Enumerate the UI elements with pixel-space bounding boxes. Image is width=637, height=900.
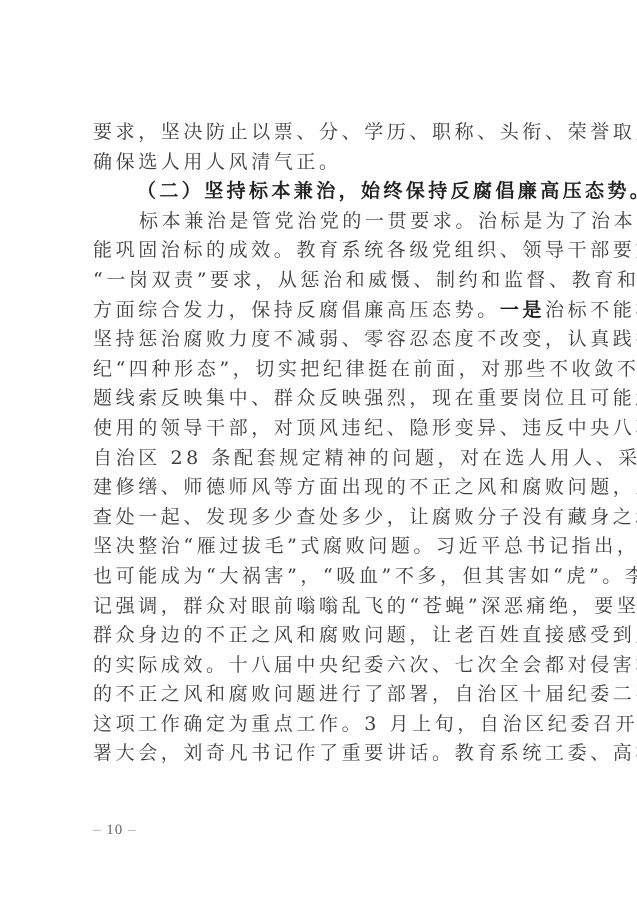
body-text: 要求，坚决防止以票、分、学历、职称、头衔、荣誉取人等偏向， 确保选人用人风清气正… — [93, 118, 563, 769]
section-heading: （二）坚持标本兼治，始终保持反腐倡廉高压态势。 — [93, 177, 563, 207]
text-line: 的不正之风和腐败问题进行了部署，自治区十届纪委二次全会将 — [93, 680, 563, 710]
text-line: 坚持惩治腐败力度不减弱、零容忍态度不改变，认真践行监督执 — [93, 325, 563, 355]
text-line: 这项工作确定为重点工作。3 月上旬，自治区纪委召开了动员部 — [93, 710, 563, 740]
text-line: 建修缮、师德师风等方面出现的不正之风和腐败问题，发现一起 — [93, 473, 563, 503]
text-line: 坚决整治“雁过拔毛”式腐败问题。习近平总书记指出，“微腐败” — [93, 532, 563, 562]
text-line: 的实际成效。十八届中央纪委六次、七次全会都对侵害群众利益 — [93, 651, 563, 681]
text-line: 方面综合发力，保持反腐倡廉高压态势。一是治标不能松劲。要 — [93, 296, 563, 326]
text-line: 也可能成为“大祸害”，“吸血”不多，但其害如“虎”。李纪恒书 — [93, 562, 563, 592]
document-page: 要求，坚决防止以票、分、学历、职称、头衔、荣誉取人等偏向， 确保选人用人风清气正… — [0, 0, 637, 900]
text-line: 群众身边的不正之风和腐败问题，让老百姓直接感受到反腐倡廉 — [93, 621, 563, 651]
text-line: 能巩固治标的成效。教育系统各级党组织、领导干部要始终坚持 — [93, 236, 563, 266]
text-span: 查处一起、发现多少查处多少，让腐败分子没有藏身之地。 — [93, 506, 637, 528]
text-line: 确保选人用人风清气正。 — [93, 148, 563, 178]
bold-marker-first: 一是 — [500, 299, 545, 321]
text-line: 查处一起、发现多少查处多少，让腐败分子没有藏身之地。二是 — [93, 503, 563, 533]
page-number: – 10 – — [93, 822, 137, 839]
text-line: 记强调，群众对眼前嗡嗡乱飞的“苍蝇”深恶痛绝，要坚决查处 — [93, 592, 563, 622]
page-number-dash-left: – — [93, 822, 102, 838]
text-line: 题线索反映集中、群众反映强烈，现在重要岗位且可能还要提拔 — [93, 384, 563, 414]
page-number-value: 10 — [106, 822, 123, 838]
paragraph-first-line: 标本兼治是管党治党的一贯要求。治标是为了治本，治本才 — [93, 207, 563, 237]
text-line: “一岗双责”要求，从惩治和威慑、制约和监督、教育和引导等 — [93, 266, 563, 296]
text-line: 使用的领导干部，对顶风违纪、隐形变异、违反中央八项规定和 — [93, 414, 563, 444]
text-line: 要求，坚决防止以票、分、学历、职称、头衔、荣誉取人等偏向， — [93, 118, 563, 148]
text-span: 治标不能松劲。要 — [545, 299, 637, 321]
page-number-dash-right: – — [128, 822, 137, 838]
text-line: 自治区 28 条配套规定精神的问题，对在选人用人、采购招标、基 — [93, 444, 563, 474]
text-line: 署大会，刘奇凡书记作了重要讲话。教育系统工委、高校工委、 — [93, 739, 563, 769]
text-line: 纪“四种形态”，切实把纪律挺在前面，对那些不收敛不收手，问 — [93, 355, 563, 385]
text-span: 方面综合发力，保持反腐倡廉高压态势。 — [93, 299, 500, 321]
